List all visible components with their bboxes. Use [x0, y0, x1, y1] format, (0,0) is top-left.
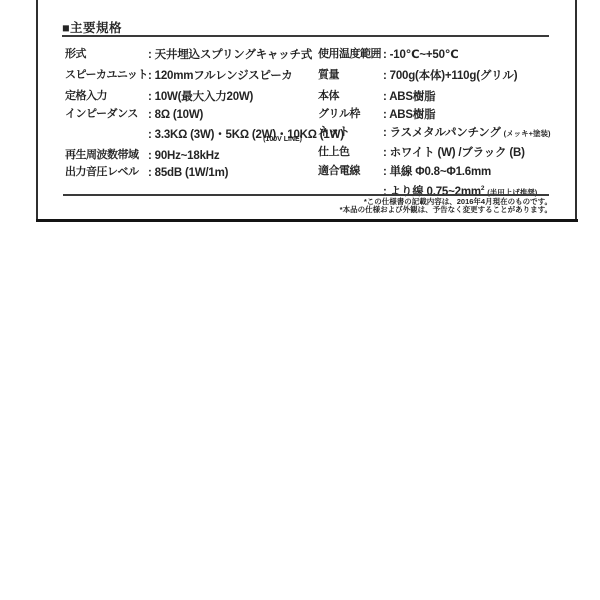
spec-row-wire-solid: 適合電線: 単線 Φ0.8~Φ1.6mm	[318, 162, 491, 180]
spec-label: 再生周波数帯域	[65, 146, 148, 162]
title-rule	[62, 35, 549, 37]
spec-sheet-page: ■主要規格 形式: 天井埋込スプリングキャッチ式 スピーカユニット: 120mm…	[0, 0, 600, 600]
spec-row-frequency-range: 再生周波数帯域: 90Hz~18kHz	[65, 146, 219, 164]
spec-label: 本体	[318, 87, 383, 103]
footnotes: *この仕様書の記載内容は、2016年4月現在のものです。 *本品の仕様および外観…	[340, 198, 552, 214]
spec-row-net: ネット: ラスメタルパンチング(メッキ+塗装)	[318, 123, 551, 141]
spec-label: 出力音圧レベル	[65, 163, 148, 179]
spec-value: : ABS樹脂	[383, 109, 435, 121]
spec-value-text: : ラスメタルパンチング	[383, 127, 501, 139]
spec-label: ネット	[318, 123, 383, 139]
spec-label: グリル枠	[318, 105, 383, 121]
spec-row-mass: 質量: 700g(本体)+110g(グリル)	[318, 66, 517, 84]
spec-label: 適合電線	[318, 162, 383, 178]
spec-row-impedance: インピーダンス: 8Ω (10W)	[65, 105, 203, 123]
spec-value: : 天井埋込スプリングキャッチ式	[148, 49, 312, 61]
spec-value: : 85dB (1W/1m)	[148, 167, 228, 179]
spec-label: 使用温度範囲	[318, 45, 383, 61]
spec-value: : 10W(最大入力20W)	[148, 91, 253, 103]
page-border-bottom	[36, 219, 578, 222]
spec-label: 仕上色	[318, 143, 383, 159]
spec-label: 定格入力	[65, 87, 148, 103]
spec-row-format: 形式: 天井埋込スプリングキャッチ式	[65, 45, 312, 63]
spec-value: : 90Hz~18kHz	[148, 150, 219, 162]
spec-row-operating-temp: 使用温度範囲: -10℃~+50℃	[318, 45, 459, 63]
spec-value: : 120mmフルレンジスピーカ	[148, 70, 293, 82]
spec-value: : ホワイト (W) /ブラック (B)	[383, 147, 525, 159]
spec-value: : ABS樹脂	[383, 91, 435, 103]
spec-label: 質量	[318, 66, 383, 82]
spec-subnote-100v-line: (100V LINE)	[148, 136, 302, 143]
spec-value-note: (メッキ+塗装)	[504, 129, 551, 138]
spec-label: インピーダンス	[65, 105, 148, 121]
page-border-left	[36, 0, 38, 220]
spec-value: : 8Ω (10W)	[148, 109, 203, 121]
spec-label: スピーカユニット	[65, 66, 148, 82]
spec-value: : 単線 Φ0.8~Φ1.6mm	[383, 166, 491, 178]
spec-label: 形式	[65, 45, 148, 61]
section-title: ■主要規格	[62, 18, 122, 36]
spec-value: : 700g(本体)+110g(グリル)	[383, 70, 517, 82]
spec-bottom-rule	[63, 194, 549, 196]
spec-row-rated-input: 定格入力: 10W(最大入力20W)	[65, 87, 253, 105]
spec-row-output-spl: 出力音圧レベル: 85dB (1W/1m)	[65, 163, 228, 181]
spec-row-body-material: 本体: ABS樹脂	[318, 87, 435, 105]
spec-value: : ラスメタルパンチング(メッキ+塗装)	[383, 127, 551, 139]
spec-row-grille-frame: グリル枠: ABS樹脂	[318, 105, 435, 123]
footnote-line: *本品の仕様および外観は、予告なく変更することがあります。	[340, 206, 552, 214]
spec-row-speaker-unit: スピーカユニット: 120mmフルレンジスピーカ	[65, 66, 293, 84]
spec-value-note: (半田上げ推奨)	[487, 188, 537, 197]
superscript-2: 2	[481, 185, 484, 192]
page-border-right	[575, 0, 577, 220]
spec-row-finish-color: 仕上色: ホワイト (W) /ブラック (B)	[318, 143, 525, 161]
spec-value: : -10℃~+50℃	[383, 49, 459, 61]
